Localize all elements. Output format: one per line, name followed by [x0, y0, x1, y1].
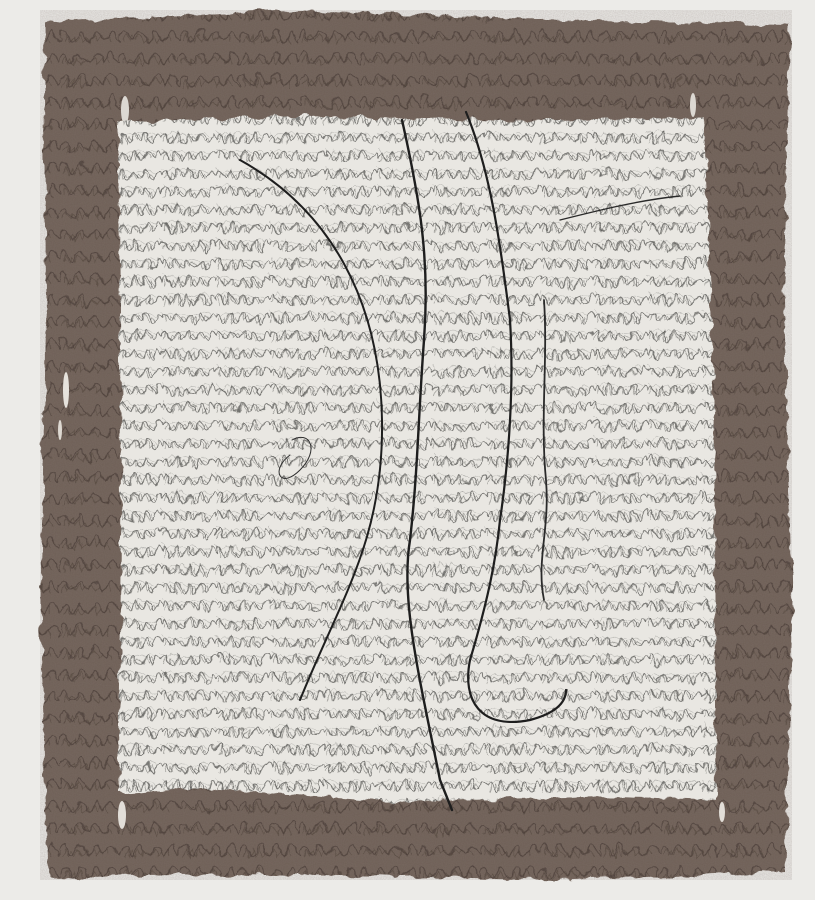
artwork-stage — [0, 0, 815, 900]
artwork-canvas — [0, 0, 815, 900]
